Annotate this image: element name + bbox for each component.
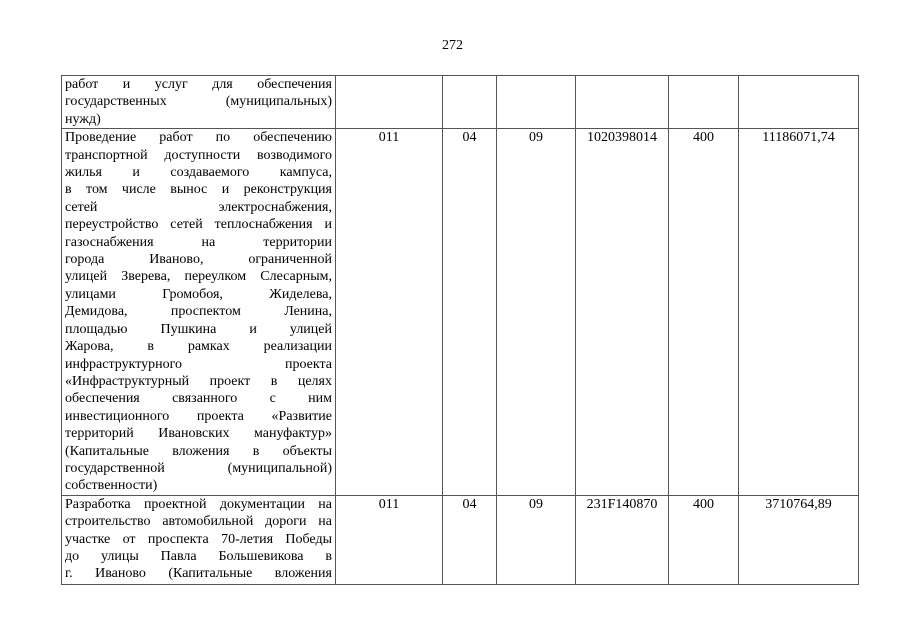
description-line: строительство автомобильной дороги на — [65, 513, 332, 530]
description-line: работ и услуг для обеспечения — [65, 76, 332, 93]
description-line: собственности) — [65, 477, 332, 494]
subsection-code-cell: 09 — [497, 495, 576, 584]
section-code-cell: 04 — [443, 495, 497, 584]
description-line: нужд) — [65, 111, 332, 128]
description-line: города Иваново, ограниченной — [65, 251, 332, 268]
amount-cell — [739, 76, 859, 129]
amount-cell: 11186071,74 — [739, 129, 859, 496]
description-line: инвестиционного проекта «Развитие — [65, 408, 332, 425]
table-row: работ и услуг для обеспечениягосударстве… — [62, 76, 859, 129]
description-line: Жарова, в рамках реализации — [65, 338, 332, 355]
budget-table: работ и услуг для обеспечениягосударстве… — [61, 75, 859, 585]
description-line: государственной (муниципальной) — [65, 460, 332, 477]
description-line: Разработка проектной документации на — [65, 496, 332, 513]
description-line: обеспечения связанного с ним — [65, 390, 332, 407]
description-line: г. Иваново (Капитальные вложения — [65, 565, 332, 582]
ministry-code-cell: 011 — [336, 129, 443, 496]
table-row: Разработка проектной документации настро… — [62, 495, 859, 584]
description-line: жилья и создаваемого кампуса, — [65, 164, 332, 181]
description-cell: Проведение работ по обеспечениютранспорт… — [62, 129, 336, 496]
description-line: «Инфраструктурный проект в целях — [65, 373, 332, 390]
page-number: 272 — [0, 38, 905, 54]
target-item-cell — [576, 76, 669, 129]
description-line: транспортной доступности возводимого — [65, 147, 332, 164]
section-code-cell — [443, 76, 497, 129]
ministry-code-cell — [336, 76, 443, 129]
description-cell: Разработка проектной документации настро… — [62, 495, 336, 584]
description-cell: работ и услуг для обеспечениягосударстве… — [62, 76, 336, 129]
target-item-cell: 231F140870 — [576, 495, 669, 584]
expense-type-cell — [669, 76, 739, 129]
description-line: улицей Зверева, переулком Слесарным, — [65, 268, 332, 285]
description-line: Демидова, проспектом Ленина, — [65, 303, 332, 320]
description-line: Проведение работ по обеспечению — [65, 129, 332, 146]
description-line: участке от проспекта 70-летия Победы — [65, 531, 332, 548]
description-line: улицами Громобоя, Жиделева, — [65, 286, 332, 303]
description-line: сетей электроснабжения, — [65, 199, 332, 216]
description-line: газоснабжения на территории — [65, 234, 332, 251]
section-code-cell: 04 — [443, 129, 497, 496]
expense-type-cell: 400 — [669, 495, 739, 584]
subsection-code-cell: 09 — [497, 129, 576, 496]
target-item-cell: 1020398014 — [576, 129, 669, 496]
description-line: площадью Пушкина и улицей — [65, 321, 332, 338]
expense-type-cell: 400 — [669, 129, 739, 496]
description-line: (Капитальные вложения в объекты — [65, 443, 332, 460]
amount-cell: 3710764,89 — [739, 495, 859, 584]
description-line: территорий Ивановских мануфактур» — [65, 425, 332, 442]
description-line: государственных (муниципальных) — [65, 93, 332, 110]
description-line: в том числе вынос и реконструкция — [65, 181, 332, 198]
ministry-code-cell: 011 — [336, 495, 443, 584]
description-line: до улицы Павла Большевикова в — [65, 548, 332, 565]
description-line: инфраструктурного проекта — [65, 356, 332, 373]
description-line: переустройство сетей теплоснабжения и — [65, 216, 332, 233]
table-row: Проведение работ по обеспечениютранспорт… — [62, 129, 859, 496]
subsection-code-cell — [497, 76, 576, 129]
